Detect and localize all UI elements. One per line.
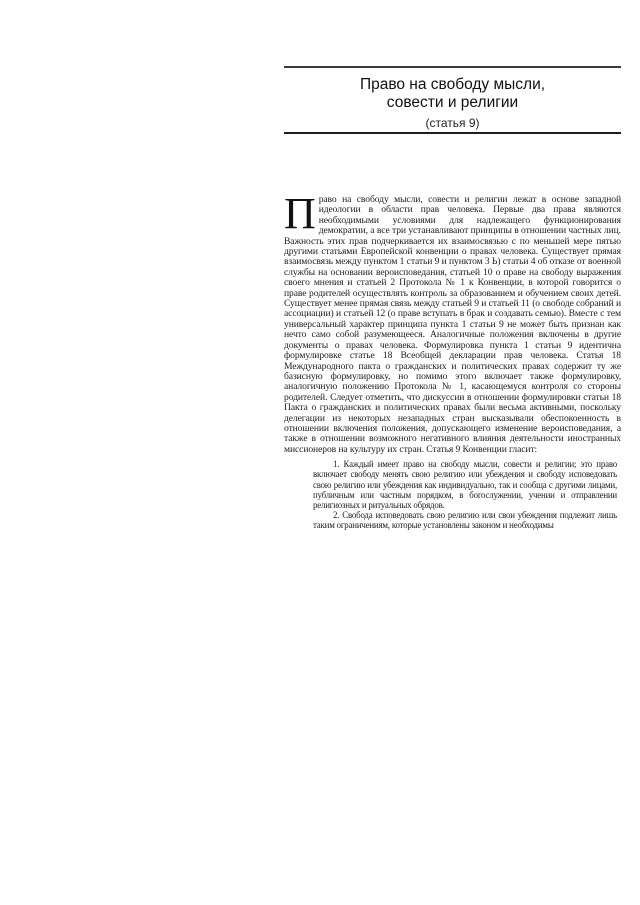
section-heading: Право на свободу мысли, совести и религи… bbox=[284, 76, 621, 131]
quote-paragraph-2: 2. Свобода исповедовать свою религию или… bbox=[313, 510, 617, 530]
quote-paragraph-1: 1. Каждый имеет право на свободу мысли, … bbox=[313, 459, 617, 510]
header-top-rule bbox=[284, 66, 621, 68]
convention-quote: 1. Каждый имеет право на свободу мысли, … bbox=[313, 459, 617, 530]
article-subtitle: (статья 9) bbox=[284, 115, 621, 131]
body-paragraph: Право на свободу мысли, совести и религи… bbox=[284, 195, 621, 455]
title-line-1: Право на свободу мысли, bbox=[284, 76, 621, 94]
body-text: раво на свободу мысли, совести и религии… bbox=[284, 194, 621, 455]
article-body: Право на свободу мысли, совести и религи… bbox=[284, 195, 621, 531]
title-line-2: совести и религии bbox=[284, 94, 621, 112]
drop-cap: П bbox=[284, 197, 316, 233]
header-bottom-rule bbox=[284, 132, 621, 134]
